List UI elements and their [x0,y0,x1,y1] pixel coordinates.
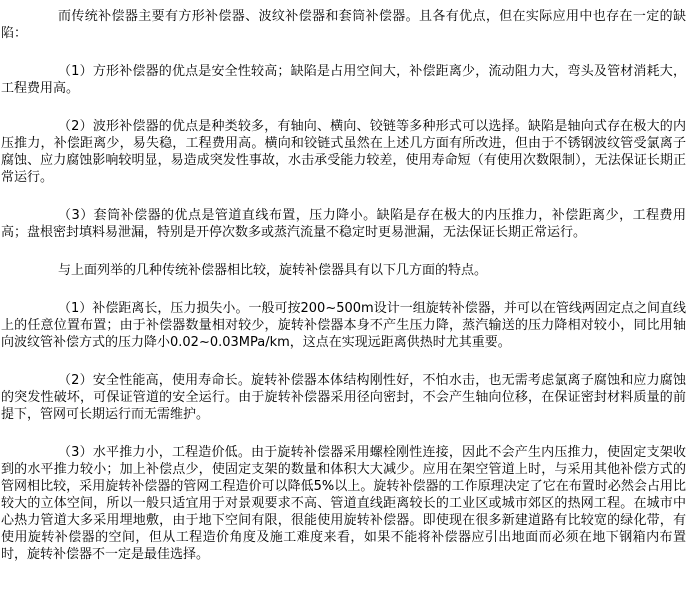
paragraph-drawback-1: （1）方形补偿器的优点是安全性较高；缺陷是占用空间大，补偿距离少，流动阻力大，弯… [1,63,686,97]
paragraph-drawback-3: （3）套筒补偿器的优点是管道直线布置，压力降小。缺陷是存在极大的内压推力，补偿距… [1,207,686,241]
paragraph-intro: 而传统补偿器主要有方形补偿器、波纹补偿器和套筒补偿器。且各有优点，但在实际应用中… [1,8,686,42]
paragraph-drawback-2: （2）波形补偿器的优点是种类较多，有轴向、横向、铰链等多种形式可以选择。缺陷是轴… [1,118,686,186]
paragraph-feature-1: （1）补偿距离长，压力损失小。一般可按200~500m设计一组旋转补偿器，并可以… [1,300,686,351]
paragraph-feature-2: （2）安全性能高，使用寿命长。旋转补偿器本体结构刚性好，不怕水击，也无需考虑氯离… [1,372,686,423]
document-page: 而传统补偿器主要有方形补偿器、波纹补偿器和套筒补偿器。且各有优点，但在实际应用中… [0,0,687,591]
paragraph-comparison-intro: 与上面列举的几种传统补偿器相比较，旋转补偿器具有以下几方面的特点。 [1,262,686,279]
paragraph-feature-3: （3）水平推力小，工程造价低。由于旋转补偿器采用螺栓刚性连接，因此不会产生内压推… [1,444,686,563]
